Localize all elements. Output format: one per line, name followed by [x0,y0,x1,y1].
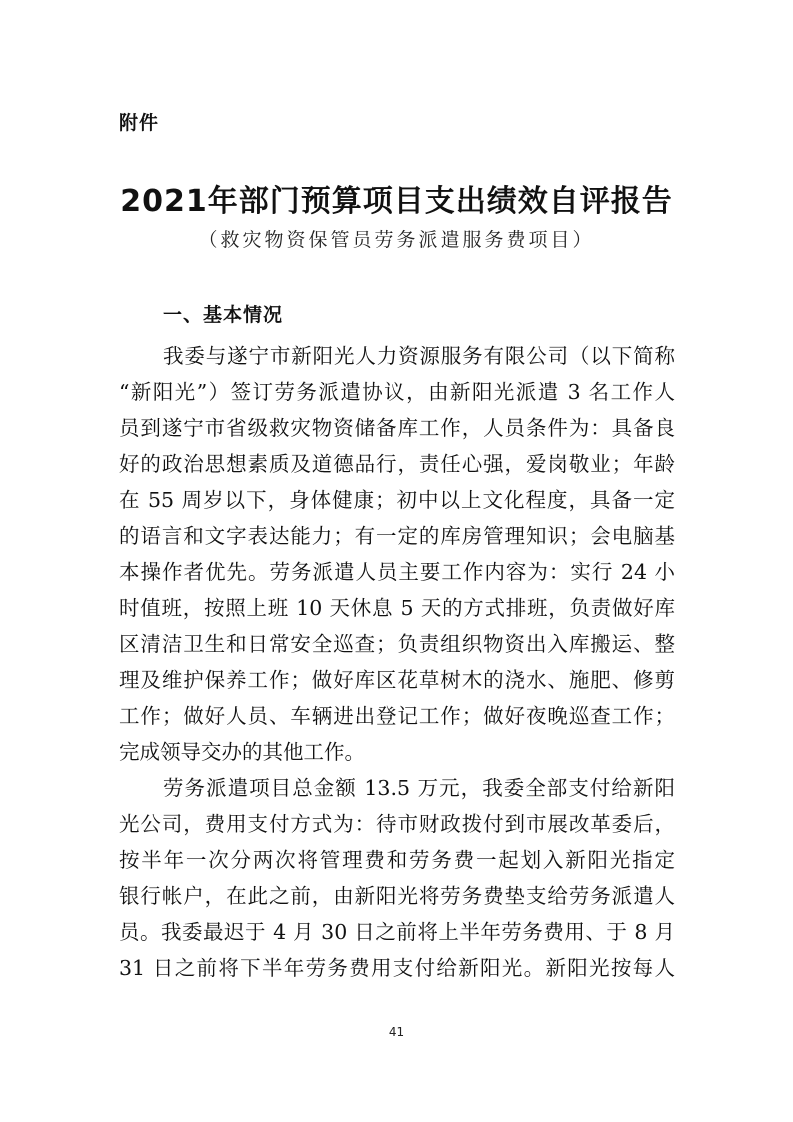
text-line: 理及维护保养工作；做好库区花草树木的浇水、施肥、修剪 [119,662,675,698]
text-line: 员。我委最迟于 4 月 30 日之前将上半年劳务费用、于 8 月 [119,914,675,950]
attachment-label: 附件 [119,108,159,135]
text-line: 在 55 周岁以下，身体健康；初中以上文化程度，具备一定 [119,482,675,518]
paragraph-2: 劳务派遣项目总金额 13.5 万元，我委全部支付给新阳 光公司，费用支付方式为：… [119,770,675,986]
text-line: 员到遂宁市省级救灾物资储备库工作，人员条件为：具备良 [119,410,675,446]
text-line: 完成领导交办的其他工作。 [119,734,675,770]
text-line: 本操作者优先。劳务派遣人员主要工作内容为：实行 24 小 [119,554,675,590]
text-line: 按半年一次分两次将管理费和劳务费一起划入新阳光指定 [119,842,675,878]
document-page: 附件 2021年部门预算项目支出绩效自评报告 （救灾物资保管员劳务派遣服务费项目… [0,0,793,1122]
section-heading-basic-info: 一、基本情况 [163,300,283,327]
section-body: 我委与遂宁市新阳光人力资源服务有限公司（以下简称 “新阳光”）签订劳务派遣协议，… [119,338,675,986]
page-number: 41 [0,1025,793,1039]
text-line: “新阳光”）签订劳务派遣协议，由新阳光派遣 3 名工作人 [119,374,675,410]
text-line: 的语言和文字表达能力；有一定的库房管理知识；会电脑基 [119,518,675,554]
text-line: 银行帐户，在此之前，由新阳光将劳务费垫支给劳务派遣人 [119,878,675,914]
text-line: 光公司，费用支付方式为：待市财政拨付到市展改革委后， [119,806,675,842]
text-line: 好的政治思想素质及道德品行，责任心强，爱岗敬业；年龄 [119,446,675,482]
text-line: 劳务派遣项目总金额 13.5 万元，我委全部支付给新阳 [119,770,675,806]
text-line: 31 日之前将下半年劳务费用支付给新阳光。新阳光按每人 [119,950,675,986]
report-title: 2021年部门预算项目支出绩效自评报告 [0,176,793,220]
text-line: 时值班，按照上班 10 天休息 5 天的方式排班，负责做好库 [119,590,675,626]
text-line: 工作；做好人员、车辆进出登记工作；做好夜晚巡查工作； [119,698,675,734]
paragraph-1: 我委与遂宁市新阳光人力资源服务有限公司（以下简称 “新阳光”）签订劳务派遣协议，… [119,338,675,770]
text-line: 我委与遂宁市新阳光人力资源服务有限公司（以下简称 [119,338,675,374]
report-subtitle: （救灾物资保管员劳务派遣服务费项目） [0,225,793,252]
text-line: 区清洁卫生和日常安全巡查；负责组织物资出入库搬运、整 [119,626,675,662]
